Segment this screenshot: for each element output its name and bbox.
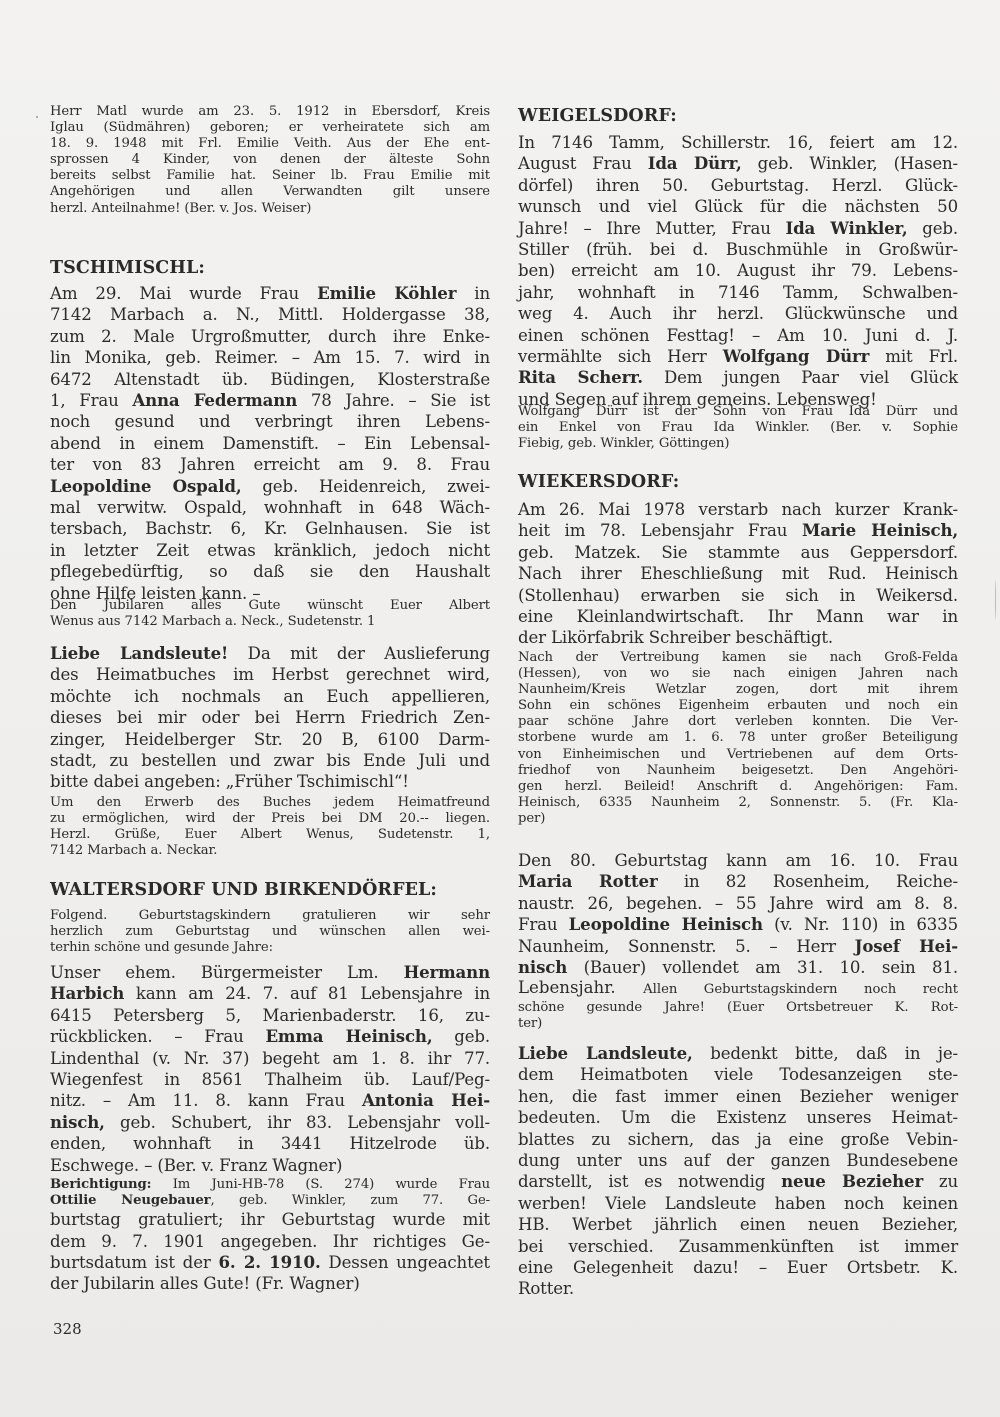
wiekersdorf-body: Am 26. Mai 1978 verstarb nach kurzer Kra…: [518, 499, 958, 649]
text-line: pflegebedürftig, so daß sie den Haushalt: [50, 561, 490, 582]
text-line: dem 9. 7. 1901 angegeben. Ihr richtiges …: [50, 1231, 490, 1252]
text-line: Herr Matl wurde am 23. 5. 1912 in Ebersd…: [50, 104, 490, 120]
text-line: rückblicken. – Frau Emma Heinisch, geb.: [50, 1026, 490, 1047]
text-line: Berichtigung: Im Juni-HB-78 (S. 274) wur…: [50, 1177, 490, 1193]
bold-name: Harbich: [50, 983, 124, 1003]
text-line: ter): [518, 1016, 958, 1032]
text-line: tersbach, Bachstr. 6, Kr. Gelnhausen. Si…: [50, 518, 490, 539]
appeal-heimatbuch: Liebe Landsleute! Da mit der Auslieferun…: [50, 643, 490, 793]
text-line: 7142 Marbach a. N., Mittl. Holdergasse 3…: [50, 304, 490, 325]
text-line: ein Enkel von Frau Ida Winkler. (Ber. v.…: [518, 420, 958, 436]
text-line: des Heimatbuches im Herbst gerechnet wir…: [50, 664, 490, 685]
bold-name: Maria Rotter: [518, 871, 658, 891]
waltersdorf-correction: Berichtigung: Im Juni-HB-78 (S. 274) wur…: [50, 1177, 490, 1295]
text-line: August Frau Ida Dürr, geb. Winkler, (Has…: [518, 153, 958, 174]
scan-speck: [36, 116, 38, 118]
text-line: Angehörigen und allen Verwandten gilt un…: [50, 184, 490, 200]
wiekersdorf-note: Nach der Vertreibung kamen sie nach Groß…: [518, 650, 958, 827]
text-line: zu ermöglichen, wird der Preis bei DM 20…: [50, 811, 490, 827]
text-line: Sohn ein schönes Eigenheim erbauten und …: [518, 698, 958, 714]
bold-name: Antonia Hei-: [362, 1090, 490, 1110]
bold-name: neue Bezieher: [781, 1171, 923, 1191]
bold-name: Emilie Köhler: [317, 283, 456, 303]
text-line: Unser ehem. Bürgermeister Lm. Hermann: [50, 962, 490, 983]
text-line: bitte dabei angeben: „Früher Tschimischl…: [50, 771, 490, 792]
text-line: sprossen 4 Kinder, von denen der älteste…: [50, 152, 490, 168]
birthdays-mixed-line: Lebensjahr. Allen Geburtstagskindern noc…: [518, 978, 958, 997]
bold-name: Josef Hei-: [855, 936, 958, 956]
text-line: Lindenthal (v. Nr. 37) begeht am 1. 8. i…: [50, 1048, 490, 1069]
heading-waltersdorf: WALTERSDORF UND BIRKENDÖRFEL:: [50, 880, 437, 900]
text-line: Wenus aus 7142 Marbach a. Neck., Sudeten…: [50, 614, 490, 630]
text-line: Liebe Landsleute! Da mit der Auslieferun…: [50, 643, 490, 664]
bold-name: Ida Winkler,: [785, 218, 907, 238]
bold-name: Marie Heinisch,: [802, 520, 958, 540]
bold-name: Rita Scherr.: [518, 367, 643, 387]
text-line: ben) erreicht am 10. August ihr 79. Lebe…: [518, 260, 958, 281]
heading-weigelsdorf: WEIGELSDORF:: [518, 106, 677, 126]
text-line: gen herzl. Beileid! Anschrift d. Angehör…: [518, 779, 958, 795]
text-line: bereits selbst Familie hat. Seiner lb. F…: [50, 168, 490, 184]
text-line: Den Jubilaren alles Gute wünscht Euer Al…: [50, 598, 490, 614]
text-line: in letzter Zeit etwas kränklich, jedoch …: [50, 540, 490, 561]
text-line: terhin schöne und gesunde Jahre:: [50, 940, 490, 956]
text-line: paar schöne Jahre dort verleben konnten.…: [518, 714, 958, 730]
subscribers-appeal: Liebe Landsleute, bedenkt bitte, daß in …: [518, 1043, 958, 1300]
text-line: 18. 9. 1948 mit Frl. Emilie Veith. Aus d…: [50, 136, 490, 152]
text-line: mal verwitw. Ospald, wohnhaft in 648 Wäc…: [50, 497, 490, 518]
bold-name: nisch: [518, 957, 567, 977]
text-line: herzlich zum Geburtstag und wünschen all…: [50, 924, 490, 940]
text-line: storbene wurde am 1. 6. 78 unter großer …: [518, 730, 958, 746]
heading-wiekersdorf: WIEKERSDORF:: [518, 472, 679, 492]
text-line: geb. Matzek. Sie stammte aus Geppersdorf…: [518, 542, 958, 563]
bold-name: Berichtigung:: [50, 1177, 151, 1192]
bold-name: Leopoldine Ospald,: [50, 476, 241, 496]
weigelsdorf-body: In 7146 Tamm, Schillerstr. 16, feiert am…: [518, 132, 958, 410]
text-line: Eschwege. – (Ber. v. Franz Wagner): [50, 1155, 490, 1176]
bold-name: Liebe Landsleute!: [50, 643, 228, 663]
text-line: vermählte sich Herr Wolfgang Dürr mit Fr…: [518, 346, 958, 367]
birthdays-body: Den 80. Geburtstag kann am 16. 10. FrauM…: [518, 850, 958, 978]
text-line: zum 2. Male Urgroßmutter, durch ihre Enk…: [50, 326, 490, 347]
text-line: herzl. Anteilnahme! (Ber. v. Jos. Weiser…: [50, 201, 490, 217]
text-line: Am 29. Mai wurde Frau Emilie Köhler in: [50, 283, 490, 304]
text-line: 1, Frau Anna Federmann 78 Jahre. – Sie i…: [50, 390, 490, 411]
text-line: Leopoldine Ospald, geb. Heidenreich, zwe…: [50, 476, 490, 497]
bold-name: Ida Dürr,: [648, 153, 742, 173]
text-line: Iglau (Südmähren) geboren; er verheirate…: [50, 120, 490, 136]
text-line: Jahre! – Ihre Mutter, Frau Ida Winkler, …: [518, 218, 958, 239]
scan-edge-mark: [995, 580, 996, 620]
text-line: per): [518, 811, 958, 827]
text-line: ter von 83 Jahren erreicht am 9. 8. Frau: [50, 454, 490, 475]
text-line: zinger, Heidelberger Str. 20 B, 6100 Dar…: [50, 729, 490, 750]
text-line: nitz. – Am 11. 8. kann Frau Antonia Hei-: [50, 1090, 490, 1111]
scanned-page: Herr Matl wurde am 23. 5. 1912 in Ebersd…: [0, 0, 1000, 1417]
text-line: enden, wohnhaft in 3441 Hitzelrode üb.: [50, 1133, 490, 1154]
text-line: In 7146 Tamm, Schillerstr. 16, feiert am…: [518, 132, 958, 153]
text-line: von Einheimischen und Vertriebenen auf d…: [518, 747, 958, 763]
tschimischl-note: Den Jubilaren alles Gute wünscht Euer Al…: [50, 598, 490, 630]
text-line: burtsdatum ist der 6. 2. 1910. Dessen un…: [50, 1252, 490, 1273]
text-line: friedhof von Naunheim beigesetzt. Den An…: [518, 763, 958, 779]
text-line: Maria Rotter in 82 Rosenheim, Reiche-: [518, 871, 958, 892]
bold-name: Anna Federmann: [132, 390, 297, 410]
text-line: schöne gesunde Jahre! (Euer Ortsbetreuer…: [518, 1000, 958, 1016]
text-line: nisch, geb. Schubert, ihr 83. Lebensjahr…: [50, 1112, 490, 1133]
text-line: Wolfgang Dürr ist der Sohn von Frau Ida …: [518, 404, 958, 420]
text-line: Stiller (früh. bei d. Buschmühle in Groß…: [518, 239, 958, 260]
text-line: wunsch und viel Glück für die nächsten 5…: [518, 196, 958, 217]
text-line: weg 4. Auch ihr herzl. Glückwünsche und: [518, 303, 958, 324]
text-line: 7142 Marbach a. Neckar.: [50, 843, 490, 859]
text-line: eine Gelegenheit dazu! – Euer Ortsbetr. …: [518, 1257, 958, 1278]
text-line: 6472 Altenstadt üb. Büdingen, Klosterstr…: [50, 369, 490, 390]
text-line: Folgend. Geburtstagskindern gratulieren …: [50, 908, 490, 924]
bold-name: nisch,: [50, 1112, 105, 1132]
text-line: Rita Scherr. Dem jungen Paar viel Glück: [518, 367, 958, 388]
text-line: stadt, zu bestellen und zwar bis Ende Ju…: [50, 750, 490, 771]
birthdays-note: schöne gesunde Jahre! (Euer Ortsbetreuer…: [518, 1000, 958, 1032]
text-line: werben! Viele Landsleute haben noch kein…: [518, 1193, 958, 1214]
text-line: bei verschied. Zusammenkünften ist immer: [518, 1236, 958, 1257]
text-line: abend in einem Damenstift. – Ein Lebensa…: [50, 433, 490, 454]
text-line: Naunheim, Sonnenstr. 5. – Herr Josef Hei…: [518, 936, 958, 957]
tschimischl-body: Am 29. Mai wurde Frau Emilie Köhler in71…: [50, 283, 490, 604]
text-line: Frau Leopoldine Heinisch (v. Nr. 110) in…: [518, 914, 958, 935]
text-line: Harbich kann am 24. 7. auf 81 Lebensjahr…: [50, 983, 490, 1004]
text-line: (Hessen), von wo sie nach einigen Jahren…: [518, 666, 958, 682]
waltersdorf-body: Unser ehem. Bürgermeister Lm. HermannHar…: [50, 962, 490, 1176]
text-line: der Likörfabrik Schreiber beschäftigt.: [518, 627, 958, 648]
text-line: möchte ich nochmals an Euch appellieren,: [50, 686, 490, 707]
text-line: naustr. 26, begehen. – 55 Jahre wird am …: [518, 893, 958, 914]
text-line: noch gesund und verbringt ihren Lebens-: [50, 411, 490, 432]
text-line: dörfel) ihren 50. Geburtstag. Herzl. Glü…: [518, 175, 958, 196]
text-line: Ottilie Neugebauer, geb. Winkler, zum 77…: [50, 1193, 490, 1209]
text-line: blattes zu sichern, das ja eine große Ve…: [518, 1129, 958, 1150]
waltersdorf-intro: Folgend. Geburtstagskindern gratulieren …: [50, 908, 490, 956]
bold-name: Wolfgang Dürr: [723, 346, 870, 366]
bold-name: Emma Heinisch,: [265, 1026, 432, 1046]
text-line: dem Heimatboten viele Todesanzeigen ste-: [518, 1064, 958, 1085]
text-line: Um den Erwerb des Buches jedem Heimatfre…: [50, 795, 490, 811]
text-line: Heinisch, 6335 Naunheim 2, Sonnenstr. 5.…: [518, 795, 958, 811]
text-line: dung unter uns auf der ganzen Bundeseben…: [518, 1150, 958, 1171]
text-line: dieses bei mir oder bei Herrn Friedrich …: [50, 707, 490, 728]
text-line: burtstag gratuliert; ihr Geburtstag wurd…: [50, 1209, 490, 1230]
text-line: Rotter.: [518, 1278, 958, 1299]
weigelsdorf-note: Wolfgang Dürr ist der Sohn von Frau Ida …: [518, 404, 958, 452]
text-line: HB. Werbet jährlich einen neuen Bezieher…: [518, 1214, 958, 1235]
heading-tschimischl: TSCHIMISCHL:: [50, 258, 205, 278]
text-line: 6415 Petersberg 5, Marienbaderstr. 16, z…: [50, 1005, 490, 1026]
page-number: 328: [53, 1320, 82, 1338]
text-line: eine Kleinlandwirtschaft. Ihr Mann war i…: [518, 606, 958, 627]
text-line: Herzl. Grüße, Euer Albert Wenus, Sudeten…: [50, 827, 490, 843]
bold-name: Liebe Landsleute,: [518, 1043, 693, 1063]
text-line: lin Monika, geb. Reimer. – Am 15. 7. wir…: [50, 347, 490, 368]
text-line: (Stollenhau) erwarben sie sich in Weiker…: [518, 585, 958, 606]
bold-name: Hermann: [404, 962, 490, 982]
text-line: Am 26. Mai 1978 verstarb nach kurzer Kra…: [518, 499, 958, 520]
bold-name: Ottilie Neugebauer: [50, 1193, 211, 1208]
text-line: der Jubilarin alles Gute! (Fr. Wagner): [50, 1273, 490, 1294]
bold-name: 6. 2. 1910.: [218, 1252, 320, 1272]
text-line: einen schönen Festtag! – Am 10. Juni d. …: [518, 325, 958, 346]
text-line: darstellt, ist es notwendig neue Beziehe…: [518, 1171, 958, 1192]
text-line: nisch (Bauer) vollendet am 31. 10. sein …: [518, 957, 958, 978]
text-line: Liebe Landsleute, bedenkt bitte, daß in …: [518, 1043, 958, 1064]
text-line: heit im 78. Lebensjahr Frau Marie Heinis…: [518, 520, 958, 541]
text-line: Nach ihrer Eheschließung mit Rud. Heinis…: [518, 563, 958, 584]
text-line: bedeuten. Um die Existenz unseres Heimat…: [518, 1107, 958, 1128]
text-line: jahr, wohnhaft in 7146 Tamm, Schwalben-: [518, 282, 958, 303]
text-line: hen, die fast immer einen Bezieher wenig…: [518, 1086, 958, 1107]
obituary-matl: Herr Matl wurde am 23. 5. 1912 in Ebersd…: [50, 104, 490, 217]
bold-name: Leopoldine Heinisch: [569, 914, 763, 934]
text-line: Wiegenfest in 8561 Thalheim üb. Lauf/Peg…: [50, 1069, 490, 1090]
text-line: Den 80. Geburtstag kann am 16. 10. Frau: [518, 850, 958, 871]
text-line: Naunheim/Kreis Wetzlar zogen, dort mit i…: [518, 682, 958, 698]
text-line: Nach der Vertreibung kamen sie nach Groß…: [518, 650, 958, 666]
text-line: Fiebig, geb. Winkler, Göttingen): [518, 436, 958, 452]
appeal-heimatbuch-note: Um den Erwerb des Buches jedem Heimatfre…: [50, 795, 490, 859]
